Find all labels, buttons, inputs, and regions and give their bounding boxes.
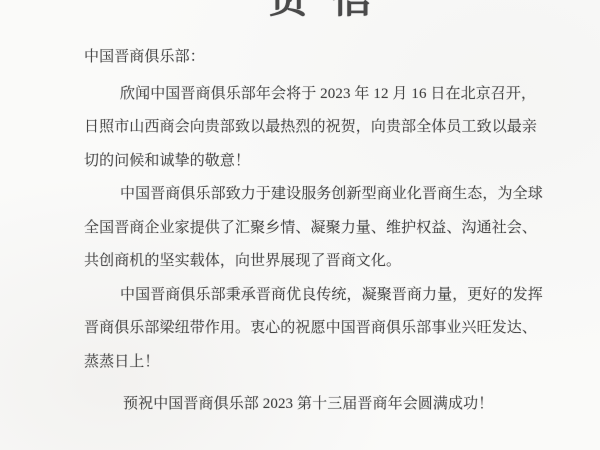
letter-salutation: 中国晋商俱乐部：: [84, 41, 584, 75]
letter-line: 日照市山西商会向贵部致以最热烈的祝贺，向贵部全体员工致以最亲: [84, 111, 584, 145]
letter-closing-line: 预祝中国晋商俱乐部 2023 第十三届晋商年会圆满成功！: [84, 388, 584, 422]
letter-line: 共创商机的坚实载体，向世界展现了晋商文化。: [84, 245, 584, 279]
letter-line: 欣闻中国晋商俱乐部年会将于 2023 年 12 月 16 日在北京召开，: [84, 78, 584, 112]
letter-title: 贺信: [268, 0, 396, 24]
letter-line: 蒸蒸日上！: [84, 346, 584, 380]
letter-line: 中国晋商俱乐部秉承晋商优良传统，凝聚晋商力量，更好的发挥: [84, 279, 584, 313]
letter-body: 中国晋商俱乐部： 欣闻中国晋商俱乐部年会将于 2023 年 12 月 16 日在…: [84, 41, 584, 422]
letter-page: 贺信 中国晋商俱乐部： 欣闻中国晋商俱乐部年会将于 2023 年 12 月 16…: [0, 0, 600, 450]
letter-line: 全国晋商企业家提供了汇聚乡情、凝聚力量、维护权益、沟通社会、: [84, 212, 584, 246]
letter-line: 晋商俱乐部梁纽带作用。衷心的祝愿中国晋商俱乐部事业兴旺发达、: [84, 312, 584, 346]
letter-line: 中国晋商俱乐部致力于建设服务创新型商业化晋商生态，为全球: [84, 178, 584, 212]
letter-line: 切的问候和诚挚的敬意！: [84, 145, 584, 179]
